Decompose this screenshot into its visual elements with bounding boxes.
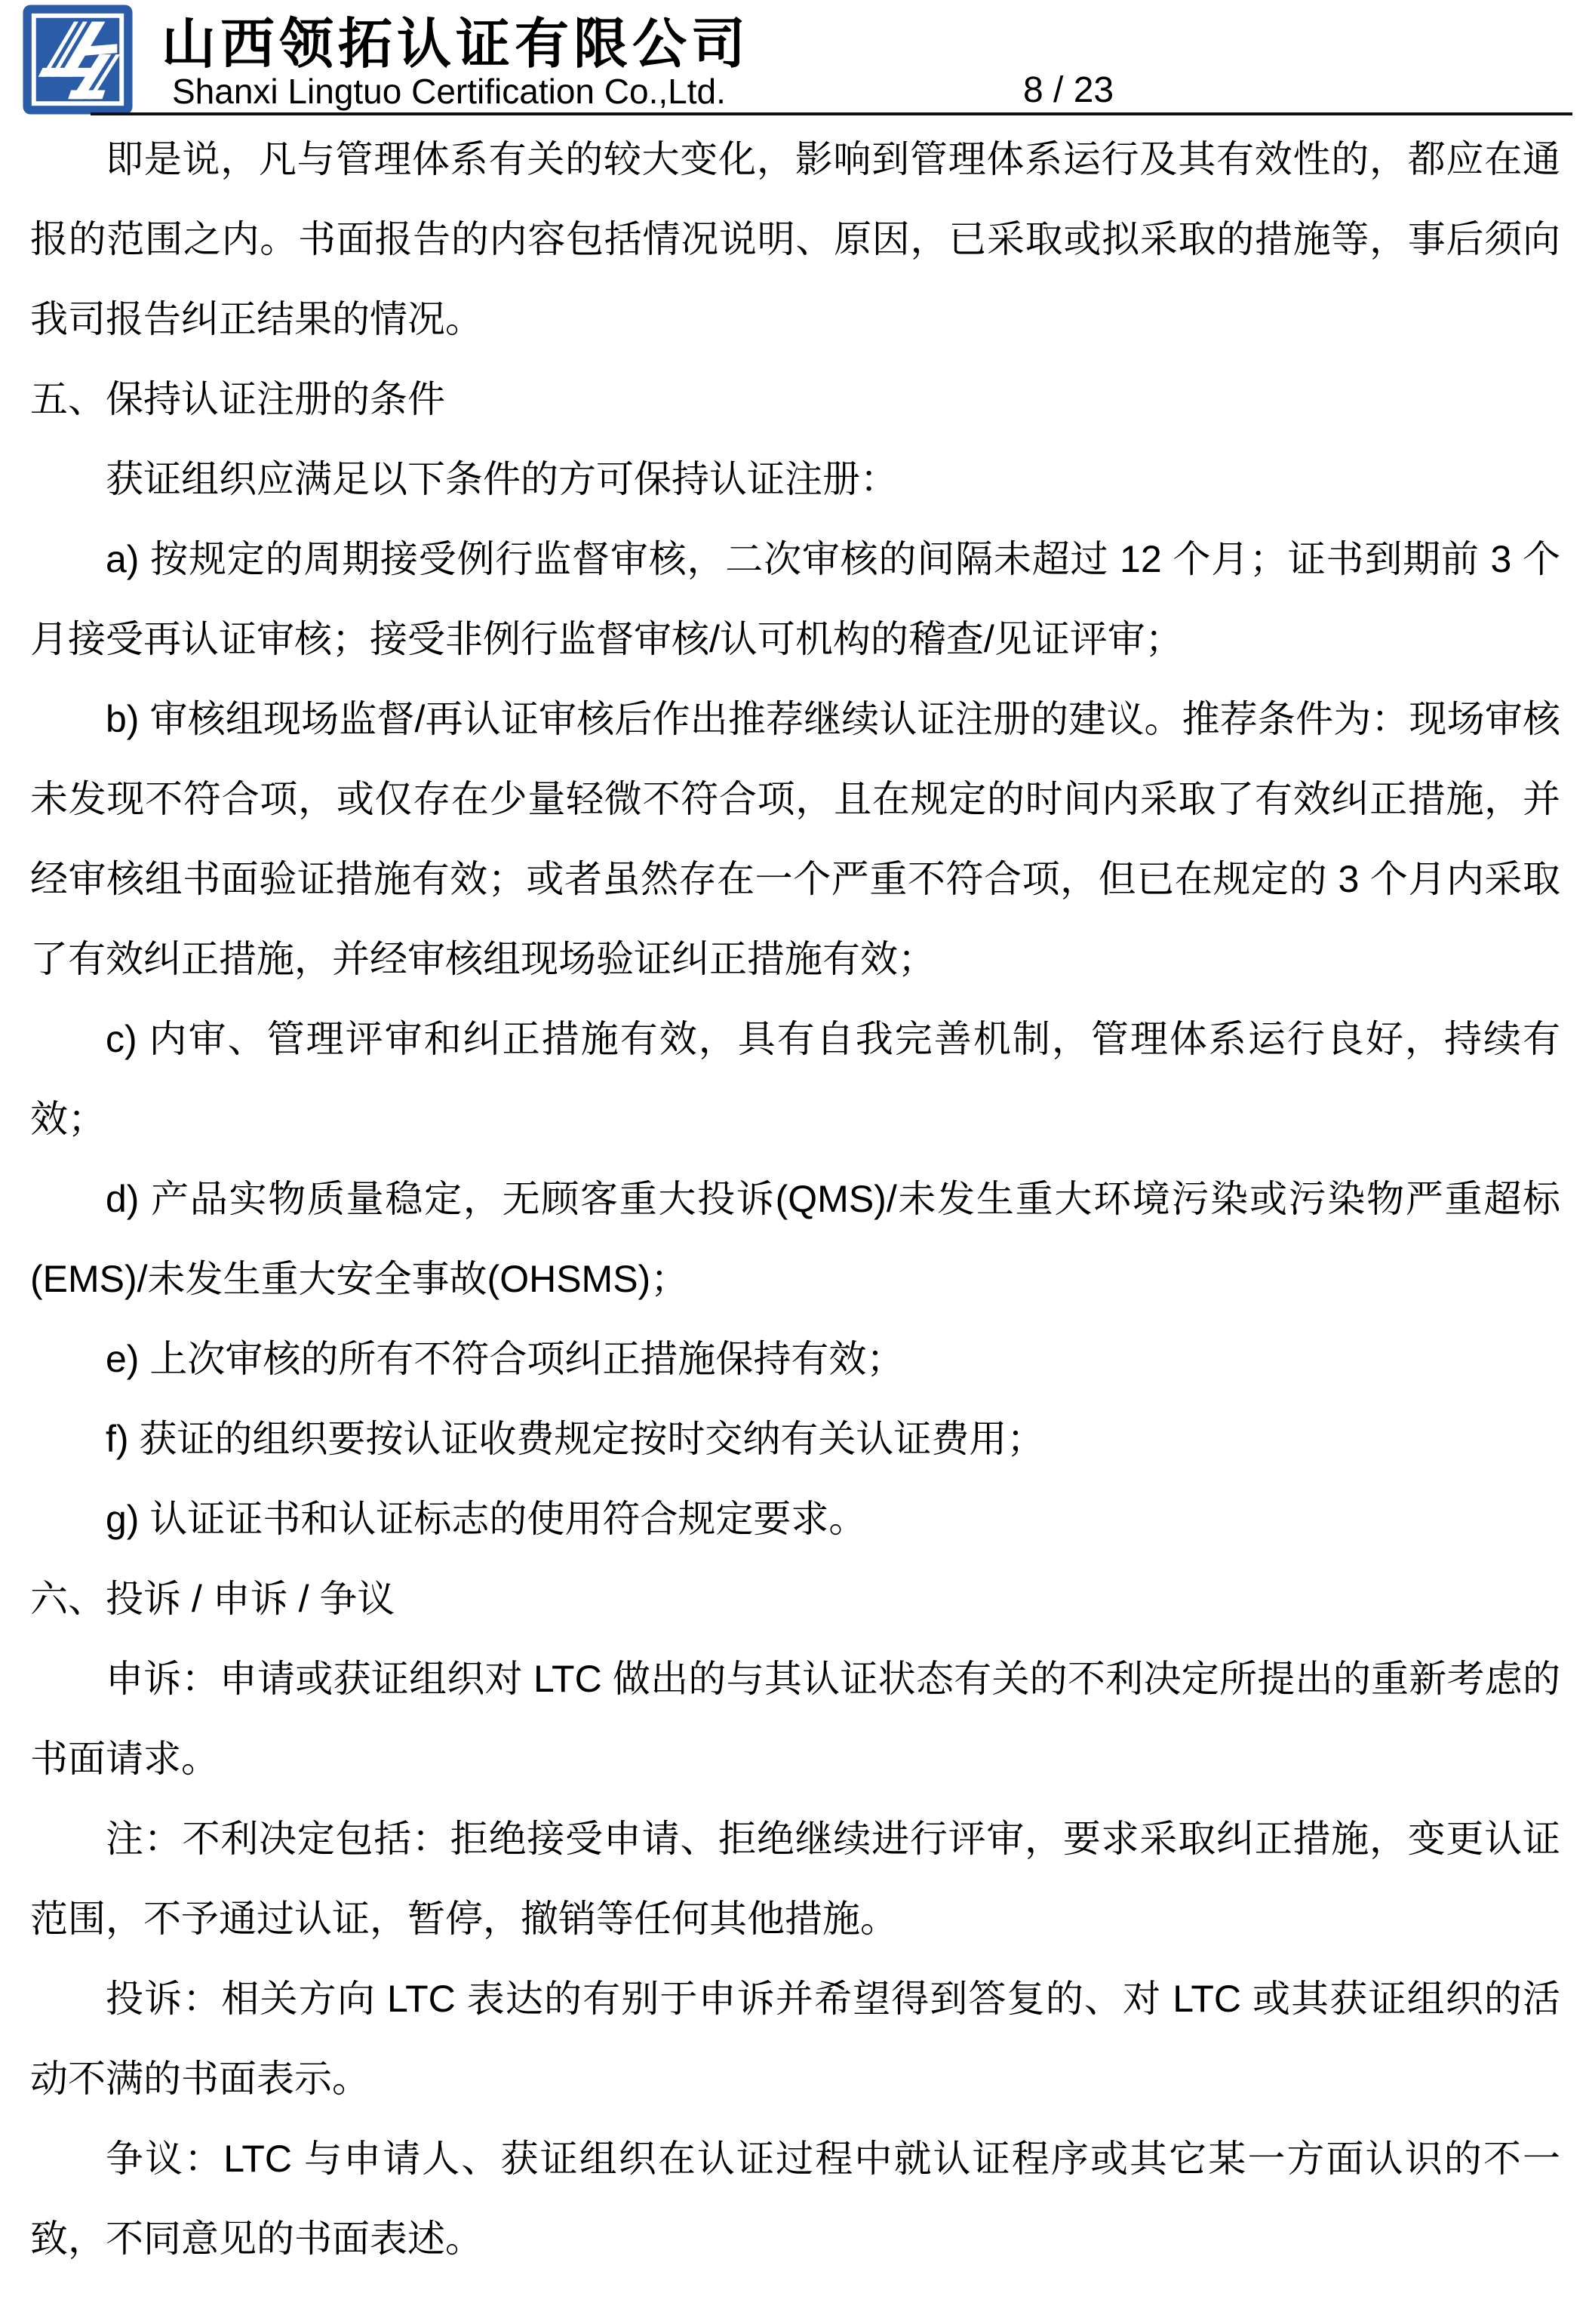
list-item-b: b) 审核组现场监督/再认证审核后作出推荐继续认证注册的建议。推荐条件为：现场审… <box>30 679 1560 999</box>
section-5-heading: 五、保持认证注册的条件 <box>30 359 1560 439</box>
list-item-a: a) 按规定的周期接受例行监督审核，二次审核的间隔未超过 12 个月；证书到期前… <box>30 519 1560 679</box>
lt-logo-icon <box>21 4 134 115</box>
page-header: 山西领拓认证有限公司 Shanxi Lingtuo Certification … <box>0 0 1589 119</box>
list-item-e: e) 上次审核的所有不符合项纠正措施保持有效； <box>30 1319 1560 1399</box>
list-item-f: f) 获证的组织要按认证收费规定按时交纳有关认证费用； <box>30 1399 1560 1479</box>
company-name-en: Shanxi Lingtuo Certification Co.,Ltd. <box>172 71 726 112</box>
document-body: 即是说，凡与管理体系有关的较大变化，影响到管理体系运行及其有效性的，都应在通报的… <box>0 119 1589 2279</box>
list-item-d: d) 产品实物质量稳定，无顾客重大投诉(QMS)/未发生重大环境污染或污染物严重… <box>30 1159 1560 1319</box>
paragraph-note: 注：不利决定包括：拒绝接受申请、拒绝继续进行评审，要求采取纠正措施，变更认证范围… <box>30 1799 1560 1959</box>
paragraph-intro: 即是说，凡与管理体系有关的较大变化，影响到管理体系运行及其有效性的，都应在通报的… <box>30 119 1560 359</box>
page-number: 8 / 23 <box>1023 69 1114 111</box>
section-6-heading: 六、投诉 / 申诉 / 争议 <box>30 1559 1560 1639</box>
paragraph-appeal: 申诉：申请或获证组织对 LTC 做出的与其认证状态有关的不利决定所提出的重新考虑… <box>30 1639 1560 1799</box>
section-5-lead: 获证组织应满足以下条件的方可保持认证注册： <box>30 439 1560 519</box>
list-item-c: c) 内审、管理评审和纠正措施有效，具有自我完善机制，管理体系运行良好，持续有效… <box>30 999 1560 1159</box>
list-item-g: g) 认证证书和认证标志的使用符合规定要求。 <box>30 1479 1560 1559</box>
document-page: 山西领拓认证有限公司 Shanxi Lingtuo Certification … <box>0 0 1589 2324</box>
header-divider <box>91 112 1572 115</box>
paragraph-dispute: 争议：LTC 与申请人、获证组织在认证过程中就认证程序或其它某一方面认识的不一致… <box>30 2119 1560 2279</box>
paragraph-complaint: 投诉：相关方向 LTC 表达的有别于申诉并希望得到答复的、对 LTC 或其获证组… <box>30 1959 1560 2119</box>
company-logo <box>21 4 134 115</box>
company-name-zh: 山西领拓认证有限公司 <box>161 0 750 78</box>
